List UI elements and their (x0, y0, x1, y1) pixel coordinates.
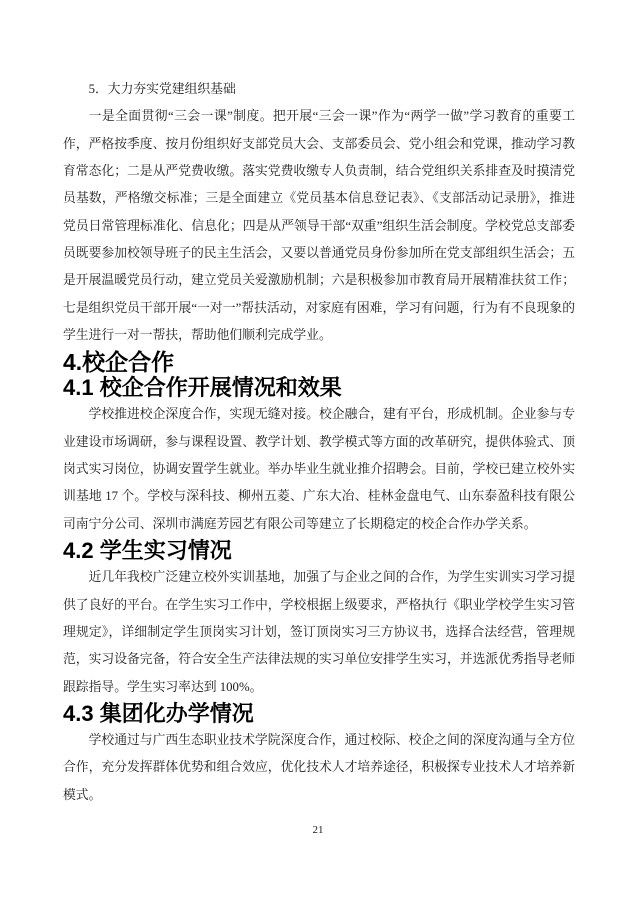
paragraph-4-3-group-schooling-details: 学校通过与广西生态职业技术学院深度合作，通过校际、校企之间的深度沟通与全方位合作… (63, 727, 575, 809)
section-heading-4-school-enterprise-cooperation: 4.校企合作 (63, 349, 575, 375)
paragraph-party-building-measures: 一是全面贯彻“三会一课”制度。把开展“三会一课”作为“两学一做”学习教育的重要工… (63, 103, 575, 349)
subsection-heading-4-1-cooperation-status: 4.1 校企合作开展情况和效果 (63, 375, 575, 401)
page-number: 21 (0, 824, 636, 836)
paragraph-4-1-cooperation-details: 学校推进校企深度合作，实现无缝对接。校企融合，建有平台，形成机制。企业参与专业建… (63, 401, 575, 538)
list-item-party-building-title: 5．大力夯实党建组织基础 (63, 76, 575, 103)
paragraph-4-2-internship-details: 近几年我校广泛建立校外实训基地，加强了与企业之间的合作，为学生实训实习学习提供了… (63, 564, 575, 701)
document-page: 5．大力夯实党建组织基础 一是全面贯彻“三会一课”制度。把开展“三会一课”作为“… (0, 0, 636, 900)
subsection-heading-4-2-student-internship: 4.2 学生实习情况 (63, 538, 575, 564)
subsection-heading-4-3-group-schooling: 4.3 集团化办学情况 (63, 701, 575, 727)
